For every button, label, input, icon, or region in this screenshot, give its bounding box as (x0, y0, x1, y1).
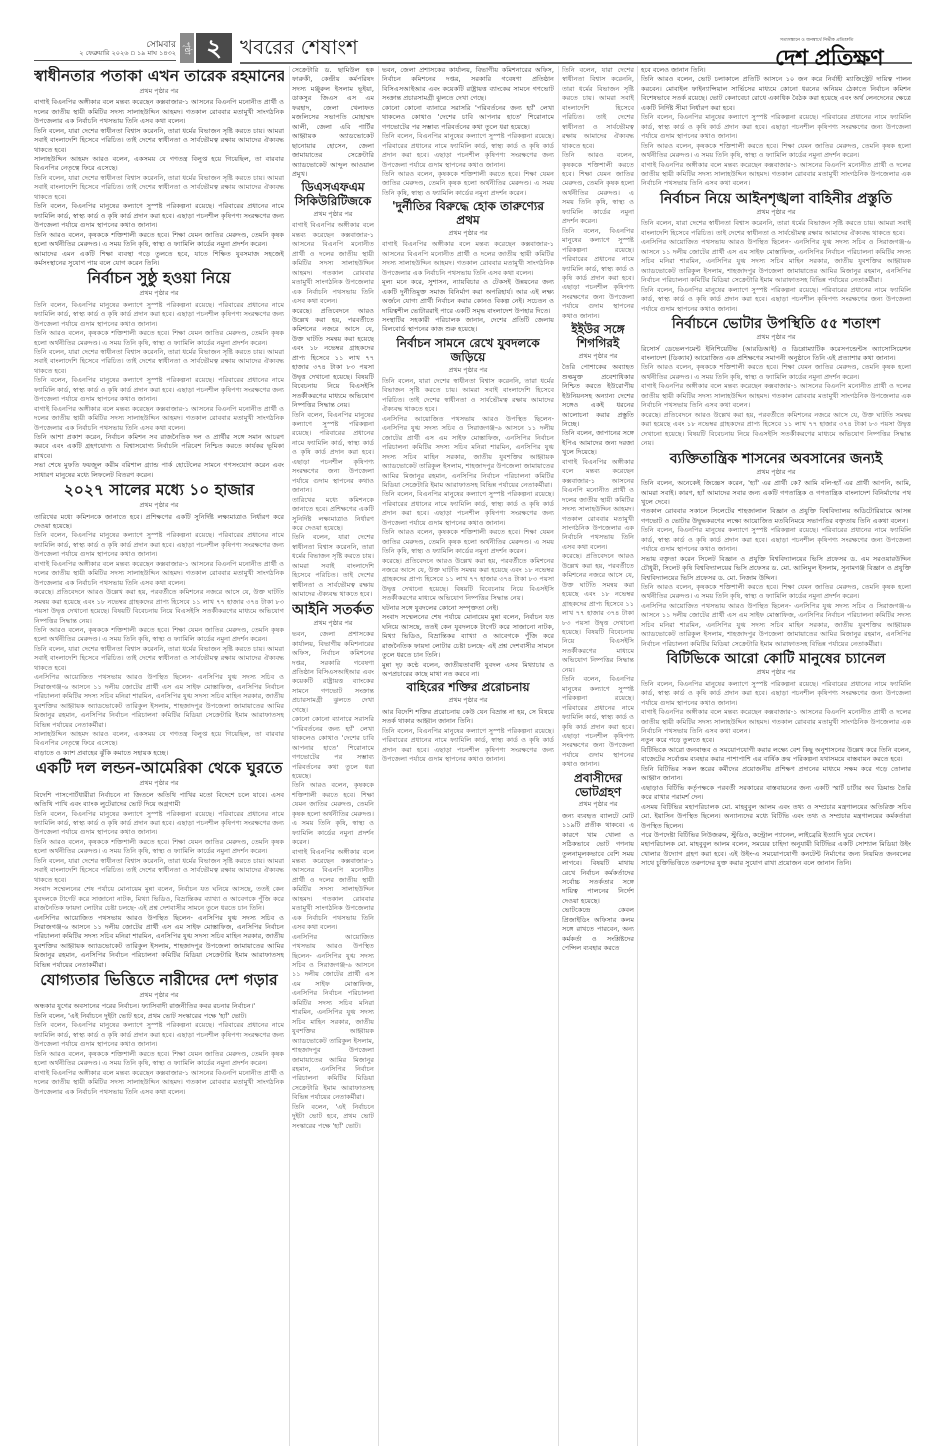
paragraph: তিনি বলেন, বিএনপির মানুষের কল্যাণে সুস্প… (34, 531, 284, 559)
headline[interactable]: একটি দল লন্ডন-আমেরিকা থেকে ঘুরতে (34, 760, 284, 778)
paragraph: তৈরি পোশাকের অব্যাহত শুল্কমুক্ত প্রবেশাধ… (562, 363, 634, 429)
paragraph: বিদেশি পাসপোর্টধারীরা নির্বাচনে না জিতলে… (34, 791, 284, 810)
paragraph: তিনি বলেন, বিএনপির মানুষের কল্যাণে সুস্প… (34, 376, 284, 404)
paragraph: বাগাই বিএনপির অঙ্গীকার বলে মন্তব্য করেছে… (562, 458, 634, 553)
paragraph: তিনি আরও বলেন, কৃষককে শক্তিশালী করতে হবে… (34, 838, 284, 857)
paragraph: তিনি বলেন, বিএনপির মানুষের কল্যাণে সুস্প… (562, 227, 634, 322)
paragraph: তিনি বলেন, 'এই নির্বাচনে দুইটা ভোট হবে, … (34, 1012, 284, 1021)
continued-label: প্রথম পৃষ্ঠার পর (382, 696, 554, 705)
paragraph: বিটিভিকে আরো জনবান্ধব ও সময়োপযোগী করার … (641, 746, 911, 765)
column-right: হবে বলেও জানান তিনি। তিনি আরও বলেন, ভোট … (641, 66, 911, 1446)
paragraph: তিনি আরও বলেন, কৃষককে শক্তিশালী করতে হবে… (641, 583, 911, 602)
paragraph: মূল্য মনে করে, সুশাসন, ন্যায়বিচার ও টেক… (382, 278, 554, 316)
headline[interactable]: ২০২৭ সালের মধ্যে ১০ হাজার (34, 482, 284, 500)
headline[interactable]: যোগ্যতার ভিত্তিতে নারীদের দেশ গড়ার (34, 972, 284, 990)
continued-label: প্রথম পৃষ্ঠার পর (34, 501, 284, 510)
paragraph: ভবন, জেলা প্রশাসকের কার্যালয়, বিভাগীয় … (292, 630, 374, 715)
paragraph: তিনি বলেন, বিএনপির মানুষের কল্যাণে সুস্প… (641, 526, 911, 554)
paragraph: ঘটনার সঙ্গে যুবদলের কোনো সম্পৃক্ততা নেই। (382, 604, 554, 613)
paragraph: বাগাই বিএনপির অঙ্গীকার বলে মন্তব্য করেছে… (641, 382, 911, 410)
paragraph: সভায় বক্তৃতা করেন সিলেট বিজ্ঞান ও প্রযু… (641, 555, 911, 583)
paragraph: তিনি আরও বলেন, কৃষককে শক্তিশালী করতে হবে… (382, 170, 554, 198)
continued-label: প্রথম পৃষ্ঠার পর (34, 779, 284, 788)
headline[interactable]: আইনি সতর্কতার (292, 602, 374, 618)
paragraph: করেছে। প্রতিবেদনে আরও উল্লেখ করা হয়, পর… (641, 411, 911, 449)
paragraph: বাড়াতে ও ক্যাশ প্রবাহের ঝুঁকি কমাতে সহা… (34, 749, 284, 758)
paragraph: করেছে। প্রতিবেদনে আরও উল্লেখ করা হয়, পর… (34, 588, 284, 626)
paragraph: কোনো কোনো ব্যানারে সরাসরি 'পরিবর্তনের জন… (292, 715, 374, 781)
paragraph: তিনি বলেন, বিএনপির মানুষের কল্যাণে সুস্প… (382, 490, 554, 528)
paragraph: সেক্রেটারি ড. ছামিউল হক ফারুকী, কেন্দ্রী… (292, 66, 374, 179)
continued-label: প্রথম পৃষ্ঠার পর (34, 289, 284, 298)
continued-label: প্রথম পৃষ্ঠার পর (292, 619, 374, 628)
paragraph: এনসিপির আয়োজিত পথসভায় আরও উপস্থিত ছিলে… (34, 673, 284, 730)
article: স্বাধীনতার পতাকা এখন তারেক রহমানের প্রথম… (34, 68, 284, 268)
headline[interactable]: নির্বাচন নিয়ে আইনশৃঙ্খলা বাহিনীর প্রস্ত… (641, 191, 911, 207)
continued-label: প্রথম পৃষ্ঠার পর (292, 210, 374, 219)
paragraph: সংবাদ সম্মেলনের শেষ পর্যায়ে মোনায়েম মু… (34, 885, 284, 913)
paragraph: তিনি আরও বলেন, কৃষককে শক্তিশালী করতে হবে… (562, 151, 634, 227)
paragraph: তিনি বলেন, বিএনপির মানুষের কল্যাণে সুস্প… (34, 810, 284, 838)
headline[interactable]: 'দুর্নীতির বিরুদ্ধে হোক তারুণ্যের প্রথম (382, 200, 554, 228)
continued-label: প্রথম পৃষ্ঠার পর (34, 87, 284, 96)
paragraph: তিনি বলেন, যারা দেশের স্বাধীনতা বিশ্বাস … (34, 348, 284, 376)
paragraph: তিনি বলেন, যারা দেশের স্বাধীনতা বিশ্বাস … (34, 127, 284, 155)
paragraph: এছাড়াও বিটিভি কর্তৃপক্ষকে পরবর্তী সরকার… (641, 784, 911, 803)
paragraph: গতকাল রোববার সকালে সিলেটের শাহজালাল বিজ্… (641, 507, 911, 526)
paragraph: সালাহউদ্দিন আহমদ আরও বলেন, একসময় যে গণত… (34, 155, 284, 174)
article: ২০২৭ সালের মধ্যে ১০ হাজার প্রথম পৃষ্ঠার … (34, 482, 284, 758)
headline[interactable]: স্বাধীনতার পতাকা এখন তারেক রহমানের (34, 68, 284, 86)
headline[interactable]: ব্যক্তিতান্ত্রিক শাসনের অবসানের জন্যই (641, 451, 911, 467)
paragraph: রিসোর্স ডেভেলপমেন্ট ইনিশিয়েটিভ (আরডিআই)… (641, 345, 911, 364)
paragraph: তিনি বলেন, বিএনপির মানুষের কল্যাণে সুস্প… (382, 727, 554, 765)
paragraph: বাগাই বিএনপির অঙ্গীকার বলে মন্তব্য করেছে… (641, 708, 911, 736)
paragraph: বাগাই বিএনপির অঙ্গীকার বলে মন্তব্য করেছে… (641, 161, 911, 189)
paragraph: তিনি আরও বলেন, কৃষককে শক্তিশালী করতে হবে… (34, 626, 284, 645)
paragraph: ভোটকেন্দ্রে কেবল প্রিজাইডিং অফিসার কলম স… (562, 906, 634, 953)
issue-date: ২ ফেব্রুয়ারি ২০২৬ ▫ ১৯ মাঘ ১৪৩২ (34, 48, 176, 59)
paragraph: নতুন করে গড়ে তুলতে হবে। (641, 736, 911, 745)
paragraph: তিনি আরও বলেন, ভোট চলাকালে প্রতিটি আসনে … (641, 75, 911, 113)
article: একটি দল লন্ডন-আমেরিকা থেকে ঘুরতে প্রথম প… (34, 760, 284, 970)
paragraph: ভবন, জেলা প্রশাসকের কার্যালয়, বিভাগীয় … (382, 66, 554, 104)
column-left: স্বাধীনতার পতাকা এখন তারেক রহমানের প্রথম… (34, 66, 284, 1446)
paragraph: তিনি বলেন, অনেকেই জিজ্ঞেস করেন, 'হ্যাঁ' … (641, 479, 911, 507)
paragraph: তিনি বলেন, বিএনপির মানুষের কল্যাণে সুস্প… (641, 113, 911, 141)
page-number: ২ (196, 33, 232, 63)
continued-label: প্রথম পৃষ্ঠার পর (641, 668, 911, 677)
paragraph: এনসিপির আয়োজিত পথসভায় আরও উপস্থিত ছিলে… (34, 914, 284, 971)
paragraph: বাগাই বিএনপির অঙ্গীকার বলে মন্তব্য করেছে… (34, 1069, 284, 1097)
paragraph: সালাহউদ্দিন আহমদ আরও বলেন, একসময় যে গণত… (34, 730, 284, 749)
paragraph: করেছে। প্রতিবেদনে আরও উল্লেখ করা হয়, পর… (292, 307, 374, 411)
paragraph: তিনি বলেন, বিএনপির মানুষের কল্যাণে সুস্প… (34, 1021, 284, 1049)
article: নির্বাচন সুষ্ঠু হওয়া নিয়ে প্রথম পৃষ্ঠা… (34, 270, 284, 480)
paragraph: এনসিপির আয়োজিত পথসভায় আরও উপস্থিত ছিলে… (641, 602, 911, 649)
paragraph: কোনো কোনো ব্যানারে সরাসরি 'পরিবর্তনের জন… (382, 104, 554, 132)
column-divider (558, 66, 559, 1446)
page-label: পৃষ্ঠা (180, 33, 194, 63)
headline[interactable]: নির্বাচন সুষ্ঠু হওয়া নিয়ে (34, 270, 284, 288)
headline[interactable]: বাহিরের শক্তির প্ররোচনায় (382, 681, 554, 695)
paragraph: করেছে। প্রতিবেদনে আরও উল্লেখ করা হয়, পর… (562, 552, 634, 675)
paragraph: তিনি বলেন, বিএনপির মানুষের কল্যাণে সুস্প… (641, 286, 911, 314)
paragraph: তিনি বলেন, যারা দেশের স্বাধীনতা বিশ্বাস … (34, 174, 284, 202)
headline[interactable]: বিটিভিকে আরো কোটি মানুষের চ্যানেল (641, 651, 911, 667)
paragraph: তিনি আরও বলেন, কৃষককে শক্তিশালী করতে হবে… (292, 781, 374, 847)
paragraph: অন্ধকার যুগের অবসানের পরের নির্বাচন। ফ্য… (34, 1002, 284, 1011)
paragraph: তিনি বলেন, বিএনপির মানুষের কল্যাণে সুস্প… (382, 132, 554, 170)
column-divider (637, 66, 638, 1446)
paragraph: তিনি আরও বলেন, কৃষককে শক্তিশালী করতে হবে… (382, 528, 554, 556)
paragraph: আমাদের এমন একটি শিক্ষা ব্যবস্থা গড়ে তুল… (34, 250, 284, 269)
paragraph: তিনি বলেন, বিএনপির মানুষের কল্যাণে সুস্প… (641, 680, 911, 708)
paragraph: করেছে। প্রতিবেদনে আরও উল্লেখ করা হয়, পর… (382, 557, 554, 604)
divider (34, 60, 176, 61)
paragraph: মহাপরিচালক মো. মাহবুবুল আলম বলেন, সময়ের… (641, 840, 911, 868)
column-right-narrow: তিনি বলেন, যারা দেশের স্বাধীনতা বিশ্বাস … (562, 66, 634, 1446)
headline[interactable]: নির্বাচনে ভোটার উপস্থিতি ৫৫ শতাংশ (641, 316, 911, 332)
paragraph: সংবাদ সম্মেলনের শেষ পর্যায়ে মোনায়েম মু… (382, 613, 554, 660)
paragraph: বাগাই বিএনপির অঙ্গীকার বলে মন্তব্য করেছে… (292, 848, 374, 933)
paragraph: এনসিপির আয়োজিত পথসভায় আরও উপস্থিত ছিলে… (641, 238, 911, 285)
paragraph: এনসিপির আয়োজিত পথসভায় আরও উপস্থিত ছিলে… (382, 415, 554, 491)
paragraph: তিনি বলেন, যারা দেশের স্বাধীনতা বিশ্বাস … (562, 66, 634, 151)
paragraph: সভা শেষে মুফতি ফয়জুল করীম বরিশাল গ্র্যা… (34, 461, 284, 480)
paragraph: তিনি আরও বলেন, কৃষককে শক্তিশালী করতে হবে… (34, 1050, 284, 1069)
paragraph: তিনি আরও বলেন, কৃষককে শক্তিশালী করতে হবে… (34, 329, 284, 348)
continued-label: প্রথম পৃষ্ঠার পর (34, 991, 284, 1000)
column-center: ভবন, জেলা প্রশাসকের কার্যালয়, বিভাগীয় … (382, 66, 554, 1446)
paragraph: বাগাই বিএনপির অঙ্গীকার বলে মন্তব্য করেছে… (34, 405, 284, 433)
paragraph: তিনি আশা প্রকাশ করেন, নির্বাচন কমিশন সব … (34, 433, 284, 461)
continued-label: প্রথম পৃষ্ঠার পর (641, 468, 911, 477)
paragraph: তিনি বলেন, বিএনপির মানুষের কল্যাণে সুস্প… (562, 675, 634, 770)
paragraph: তিনি বলেন, যারা দেশের স্বাধীনতা বিশ্বাস … (641, 219, 911, 238)
paragraph: তিনি বলেন, বিএনপির মানুষের কল্যাণে সুস্প… (34, 202, 284, 230)
paragraph: তিনি বলেন, 'এই নির্বাচনে দুইটা ভোট হবে, … (292, 1103, 374, 1131)
paragraph: তিনি বলেন, যারা দেশের স্বাধীনতা বিশ্বাস … (34, 645, 284, 673)
continued-label: প্রথম পৃষ্ঠার পর (382, 366, 554, 375)
headline[interactable]: প্রবাসীদের ভোটগ্রহণ (562, 772, 634, 800)
continued-label: প্রথম পৃষ্ঠার পর (562, 800, 634, 809)
continued-label: প্রথম পৃষ্ঠার পর (641, 208, 911, 217)
paragraph: জন্য ব্যবহৃত ব্যালটে মোট ১১৯টি প্রতীক থা… (562, 812, 634, 907)
continued-label: প্রথম পৃষ্ঠার পর (641, 333, 911, 342)
paragraph: তিনি আরও বলেন, কৃষককে শক্তিশালী করতে হবে… (641, 142, 911, 161)
headline[interactable]: ডিএসএফএম সিকিউরিটিজকে (292, 181, 374, 209)
paragraph: তিনি বলেন, জাপানের সঙ্গে ইপিএ আমাদের জন্… (562, 429, 634, 457)
continued-label: প্রথম পৃষ্ঠার পর (562, 352, 634, 361)
paragraph: এনসিপির আয়োজিত পথসভায় আরও উপস্থিত ছিলে… (292, 933, 374, 1103)
paragraph: বাগাই বিএনপির অঙ্গীকার বলে মন্তব্য করেছে… (34, 98, 284, 126)
paragraph: তিনি আরও বলেন, কৃষককে শক্তিশালী করতে হবে… (34, 231, 284, 250)
masthead: সোমবার ২ ফেব্রুয়ারি ২০২৬ ▫ ১৯ মাঘ ১৪৩২ … (0, 0, 945, 62)
paragraph: সংস্থাটির সহকারী পরিচালক জানান, দেশের প্… (382, 316, 554, 335)
paragraph: তিনি বলেন, যারা দেশের স্বাধীনতা বিশ্বাস … (382, 377, 554, 415)
paragraph: বাগাই বিএনপির অঙ্গীকার বলে মন্তব্য করেছে… (382, 240, 554, 278)
paragraph: এসময় বিটিভির মহাপরিচালক মো. মাহবুবুল আল… (641, 803, 911, 831)
continued-label: প্রথম পৃষ্ঠার পর (382, 229, 554, 238)
headline[interactable]: নির্বাচন সামনে রেখে যুবদলকে জড়িয়ে (382, 337, 554, 365)
headline[interactable]: ইইউর সঙ্গে শিগগিরই (562, 323, 634, 351)
paragraph: আর বিদেশি শক্তির প্ররোচনায় কেউ যেন বিভ্… (382, 708, 554, 727)
paragraph: তারিখের মধ্যে কমিশনকে জানাতে হবে। প্রশিক… (34, 513, 284, 532)
paragraph: তিনি বলেন, যারা দেশের স্বাধীনতা বিশ্বাস … (292, 533, 374, 599)
column-divider (378, 66, 379, 1446)
paragraph: তিনি বলেন, যারা দেশের স্বাধীনতা বিশ্বাস … (34, 857, 284, 885)
paragraph: মুন্না দৃঢ় কণ্ঠে বলেন, জাতীয়তাবাদী যুব… (382, 661, 554, 680)
paragraph: তারিখের মধ্যে কমিশনকে জানাতে হবে। প্রশিক… (292, 496, 374, 534)
paragraph: তিনি বলেন, বিএনপির মানুষের কল্যাণে সুস্প… (292, 411, 374, 496)
column-narrow: সেক্রেটারি ড. ছামিউল হক ফারুকী, কেন্দ্রী… (292, 66, 374, 1446)
paragraph: তিনি আরও বলেন, কৃষককে শক্তিশালী করতে হবে… (641, 363, 911, 382)
paragraph: তিনি বলেন, বিএনপির মানুষের কল্যাণে সুস্প… (34, 301, 284, 329)
article: যোগ্যতার ভিত্তিতে নারীদের দেশ গড়ার প্রথ… (34, 972, 284, 1097)
paragraph: বাগাই বিএনপির অঙ্গীকার বলে মন্তব্য করেছে… (34, 560, 284, 588)
paragraph: বাগাই বিএনপির অঙ্গীকার বলে মন্তব্য করেছে… (292, 221, 374, 306)
paragraph: তিনি বিটিভির সকল স্তরের কর্মীদের প্রয়োজ… (641, 765, 911, 784)
column-divider (289, 66, 290, 1446)
